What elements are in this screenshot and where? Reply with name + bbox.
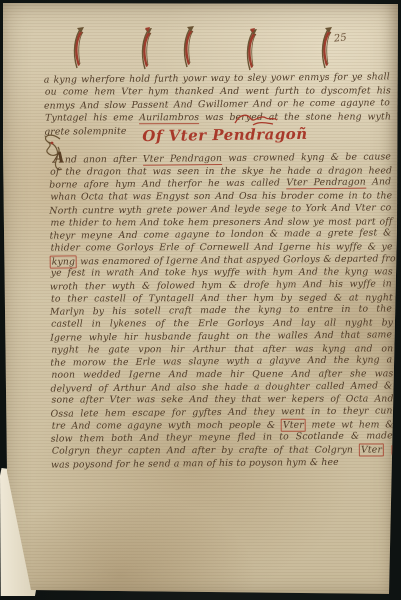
text-segment: Tyntagel his eme xyxy=(45,112,139,123)
rubricated-word: Vter xyxy=(359,444,384,457)
rubricated-word: Vter Pendragon xyxy=(143,153,222,166)
text-segment: delyverd of Arthur And also she hade a d… xyxy=(50,380,392,394)
rubricated-word: kyng xyxy=(50,255,78,268)
text-segment: slow them both And theyr meyne fled in t… xyxy=(51,431,393,445)
text-segment: ye fest in wrath And toke hys wyffe with… xyxy=(51,267,393,279)
text-segment: sone after Vter was seke And they that w… xyxy=(52,394,394,406)
text-line: And anon after Vter Pendragon was crowne… xyxy=(49,148,391,167)
text-segment: tre And come agayne wyth moch people & xyxy=(52,420,281,432)
cadel-ascender-icon xyxy=(318,26,334,70)
text-segment: borne afore hym And therfor he was calle… xyxy=(49,178,286,191)
text-segment: thider come Gorloys Erle of Cornewell An… xyxy=(51,241,393,253)
cadel-ascender-icon xyxy=(70,26,86,70)
cadel-ascender-icon xyxy=(243,28,259,72)
text-segment: And anon after xyxy=(53,154,143,166)
text-line: was poysond for he send a man of his to … xyxy=(51,456,393,472)
text-segment: Colgryn theyr capten And after by crafte… xyxy=(52,445,359,457)
body-text: And anon after Vter Pendragon was crowne… xyxy=(49,149,393,472)
cadel-ascender-icon xyxy=(138,27,154,71)
text-segment: a kyng wherfore hold furth yowr way to s… xyxy=(44,71,390,85)
text-segment: me thider to hem And toke hem presoners … xyxy=(50,216,392,228)
chapter-heading: Of Vter Pendragoñ xyxy=(128,125,322,146)
text-segment: Marlyn by his sotell craft made the kyng… xyxy=(50,304,392,318)
cadel-ascender-icon xyxy=(180,25,196,69)
text-segment: of the dragon that was seen in the skye … xyxy=(50,165,392,177)
rubricated-word: | xyxy=(384,445,394,456)
text-segment: nyght he gate vpon hir Arthur that after… xyxy=(51,343,393,355)
rubricated-word: Aurilambros xyxy=(139,112,199,124)
text-segment: wroth ther wyth & folowed hym & drofe hy… xyxy=(50,278,392,292)
text-segment: was poysond for he send a man of his to … xyxy=(51,457,339,471)
manuscript-photo: 25 a kyng wherfore hold furth yowr way t… xyxy=(0,0,401,600)
rubricated-word: Vter xyxy=(281,418,306,431)
text-segment: to ther castell of Tyntagell And ther hy… xyxy=(51,292,393,304)
text-segment: was beryed at the stone heng wyth xyxy=(199,111,391,123)
text-segment: enmys And slow Passent And Gwillomer And… xyxy=(44,97,390,111)
text-segment: the morow the Erle was slayne wyth a gla… xyxy=(50,355,392,369)
text-segment: Igerne whyle hir husbande faught on the … xyxy=(50,329,392,343)
text-segment: noon wedded Igerne And made hir Quene An… xyxy=(51,368,393,380)
text-segment: theyr meyne And come agayne to london & … xyxy=(49,228,391,242)
text-segment: And xyxy=(366,177,391,188)
text-segment: mete wt hem & xyxy=(306,419,394,430)
text-segment: whan Octa that was Engyst son And Osa hi… xyxy=(50,191,392,203)
text-segment: North cuntre wyth grete power And leyde … xyxy=(49,202,391,216)
text-segment: Ossa lete hem escape for gyftes And they… xyxy=(51,405,393,419)
parchment-page: 25 a kyng wherfore hold furth yowr way t… xyxy=(0,0,401,600)
text-segment: ou come hem Vter hym thanked And went fu… xyxy=(45,85,391,97)
text-segment: was crowned kyng & be cause xyxy=(222,151,391,164)
text-segment: castell in lykenes of the Erle Gorloys A… xyxy=(51,318,393,330)
text-segment: was enamored of Igerne And that aspyed G… xyxy=(77,253,396,267)
rubricated-word: Vter Pendragon xyxy=(286,177,366,190)
folio-number: 25 xyxy=(333,32,347,44)
